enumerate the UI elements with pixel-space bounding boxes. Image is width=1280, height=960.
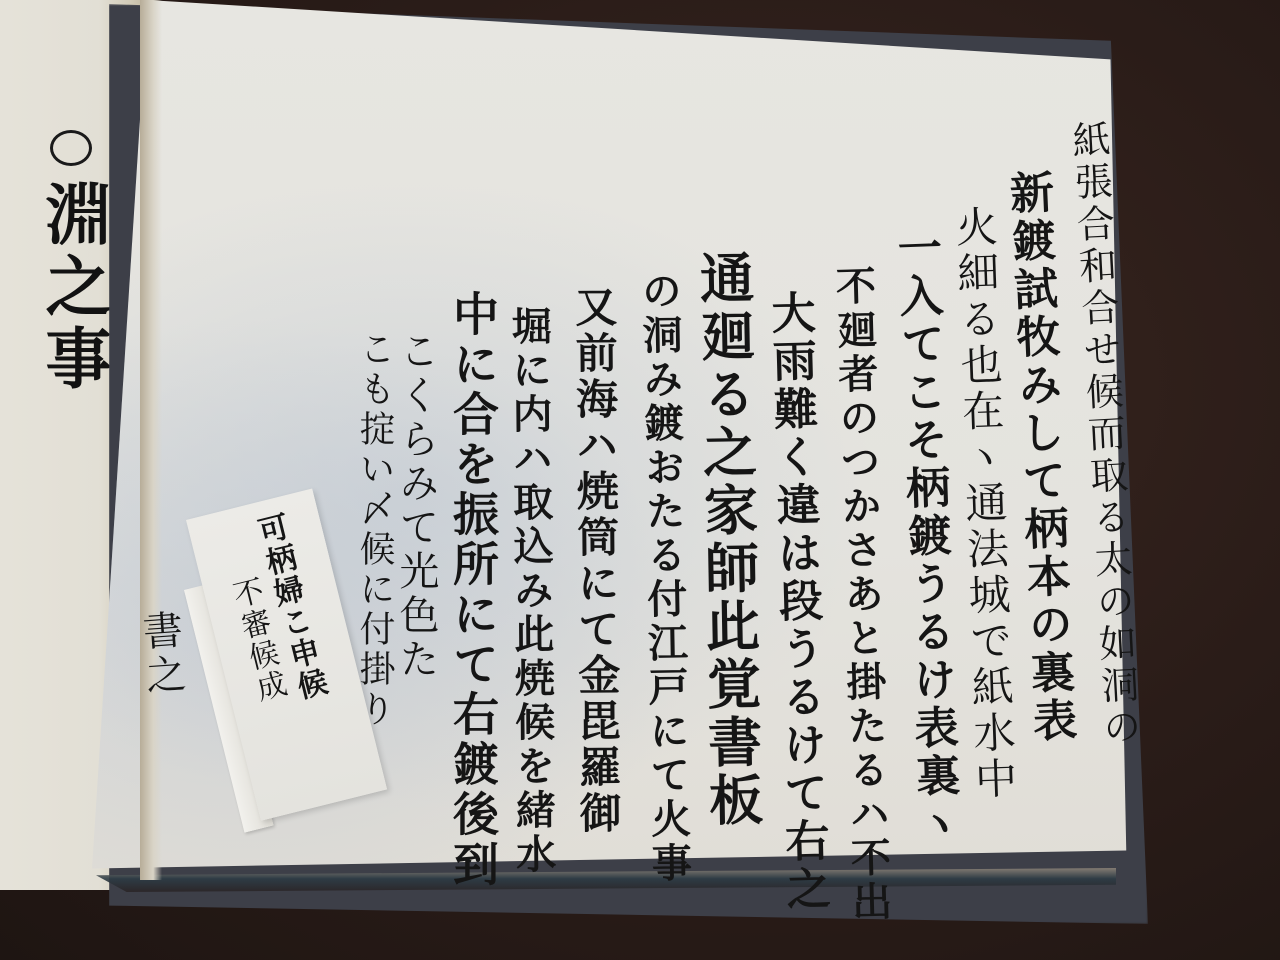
text-column-9: 又前海ハ焼筒にて金毘羅御 [572, 285, 619, 837]
manuscript-photo: 淵之事 紙張合和合せ候而取る太の如洞の 新鍍試牧みして柄本の裏表 火細る也在ヽ通… [0, 0, 1280, 960]
book-gutter [140, 0, 162, 880]
text-column-12: こくらみて光色た [396, 330, 436, 682]
text-column-11: 中に合を振所にて右鍍後到 [450, 290, 496, 890]
circle-mark-icon [50, 130, 92, 166]
text-column-13: こも掟い〆候に付掛り [356, 330, 392, 730]
text-column-8: の洞み鍍おたる付江戸にて火事 [638, 270, 689, 887]
left-page-heading: 淵之事 [26, 180, 121, 396]
text-column-7: 通廻る之家師此覚書板 [696, 250, 760, 831]
text-column-14: 書之 [138, 609, 184, 700]
text-column-10: 堀に内ハ取込み此焼候を緒水 [508, 305, 553, 877]
